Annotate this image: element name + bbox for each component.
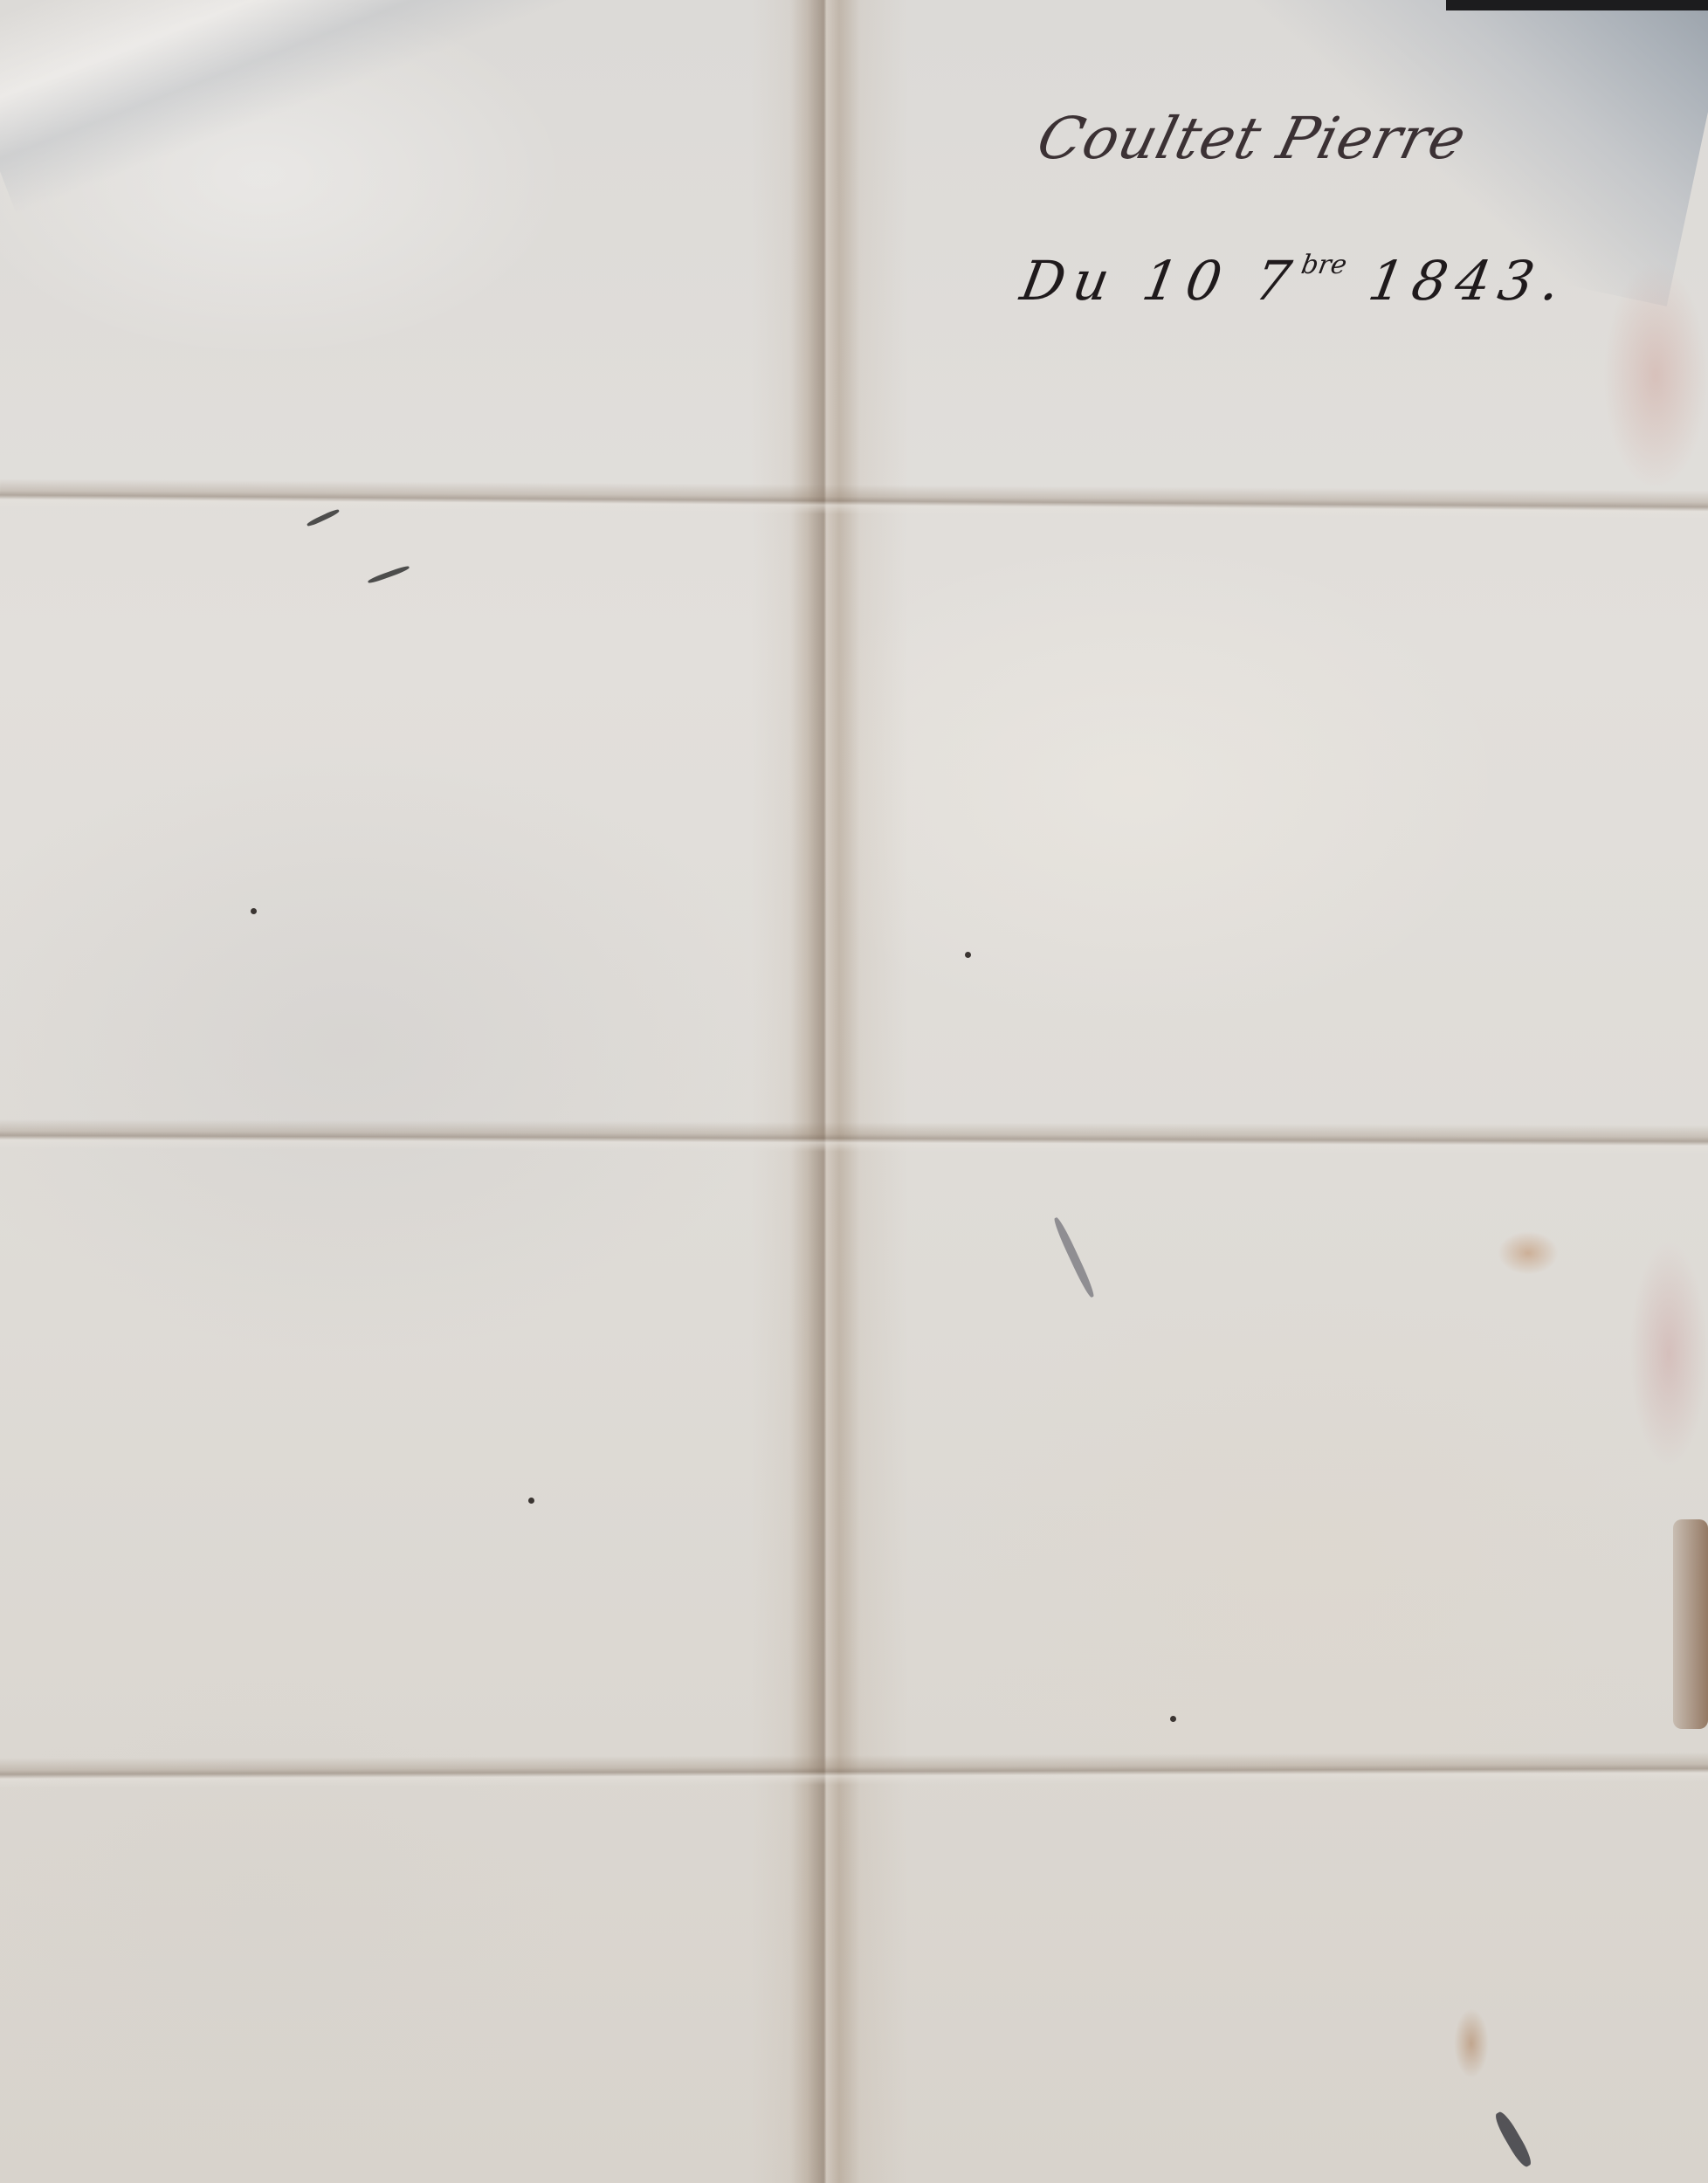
docket-name: Coultet Pierre — [1030, 105, 1473, 172]
vertical-fold-line — [790, 0, 860, 2183]
ink-dot — [251, 908, 257, 914]
water-stain — [1629, 1240, 1708, 1467]
date-month-superscript: bre — [1299, 250, 1349, 280]
docket-date: Du 10 7bre 1843. — [1016, 249, 1574, 313]
ink-dot — [1170, 1716, 1176, 1722]
ink-dot — [528, 1498, 534, 1504]
date-prefix: Du — [1016, 249, 1124, 313]
date-month: 7bre — [1250, 249, 1350, 313]
rust-spot — [1498, 1231, 1559, 1275]
edge-stain — [1673, 1519, 1708, 1729]
horizontal-fold-line-2 — [0, 1119, 1708, 1155]
rust-spot — [1454, 2008, 1489, 2078]
ink-speck — [367, 565, 410, 585]
horizontal-fold-line-1 — [0, 479, 1708, 520]
date-month-number: 7 — [1250, 249, 1305, 313]
water-stain — [1603, 262, 1708, 489]
horizontal-fold-line-3 — [0, 1753, 1708, 1788]
docket-annotation: Coultet Pierre Du 10 7bre 1843. — [1004, 105, 1546, 393]
paper-crease-shadow — [0, 0, 831, 214]
date-year: 1843 — [1364, 249, 1548, 313]
date-day: 10 — [1138, 249, 1236, 313]
document-page: Coultet Pierre Du 10 7bre 1843. — [0, 0, 1708, 2183]
ink-smudge — [1051, 1216, 1096, 1299]
scan-edge — [1446, 0, 1708, 10]
ink-speck — [306, 508, 341, 527]
ink-dot — [965, 952, 971, 958]
ink-smudge — [1492, 2110, 1535, 2170]
